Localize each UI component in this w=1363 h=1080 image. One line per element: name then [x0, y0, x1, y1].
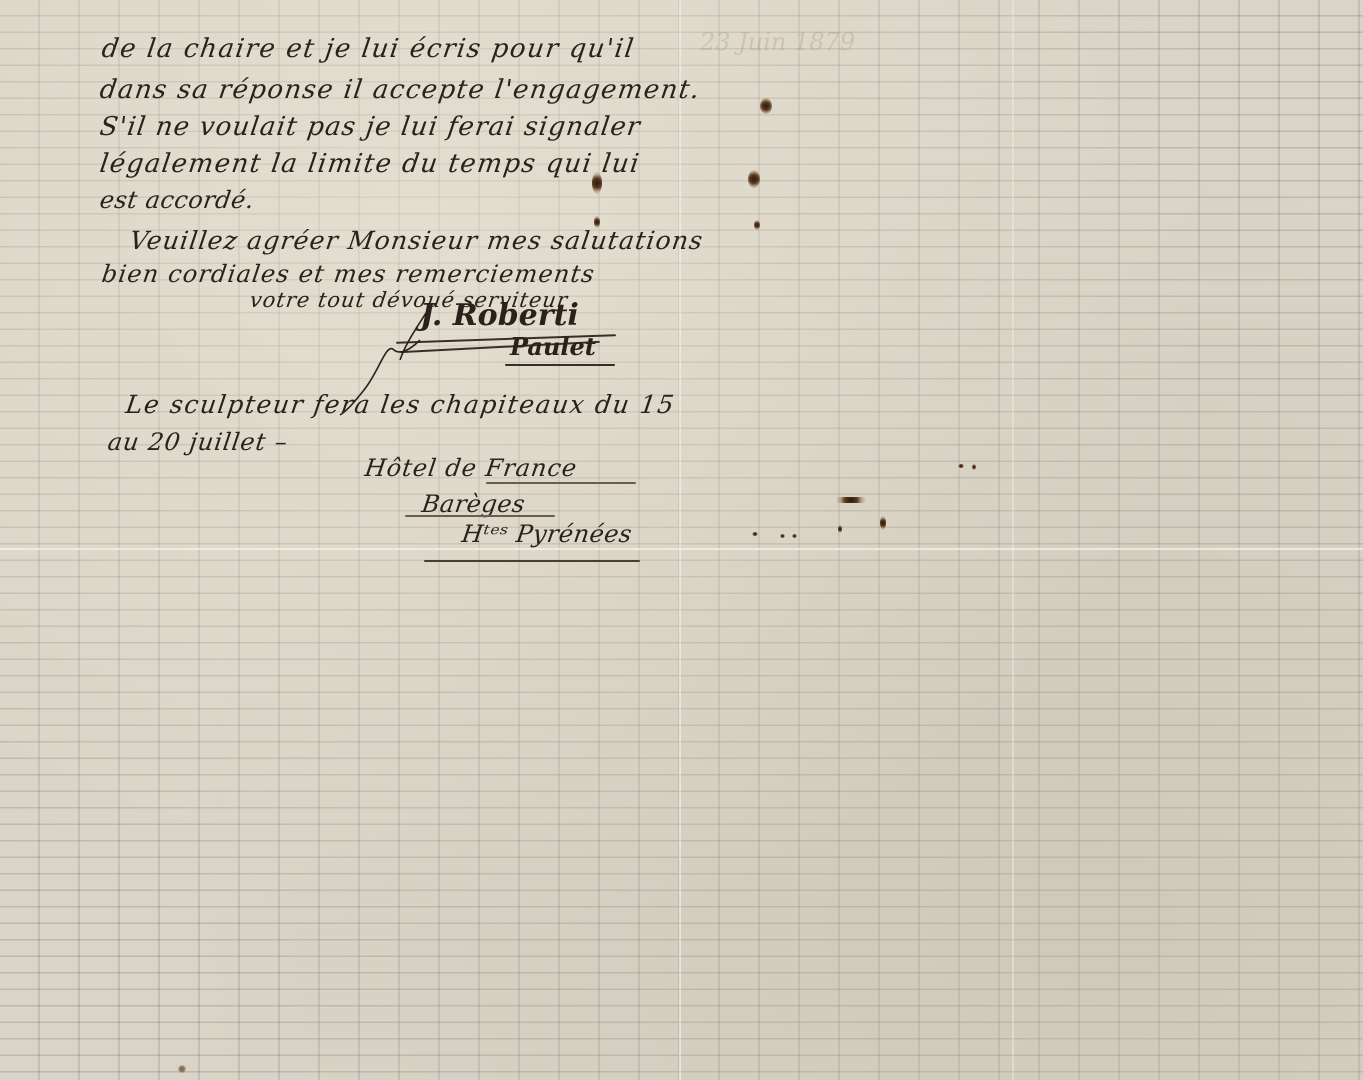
- postscript-line-2: au 20 juillet –: [106, 428, 290, 456]
- address-underline-2: [405, 515, 555, 517]
- ink-stain: [958, 464, 964, 468]
- ink-stain: [592, 172, 602, 194]
- closing-line-1: Veuillez agréer Monsieur mes salutations: [128, 226, 705, 255]
- ink-stain: [972, 464, 976, 470]
- ink-stain: [748, 170, 760, 188]
- ink-stain: [178, 1065, 186, 1073]
- postscript-line-1: Le sculpteur fera les chapiteaux du 15: [124, 390, 677, 419]
- address-town: Barèges: [420, 490, 527, 518]
- body-line-1: de la chaire et je lui écris pour qu'il: [100, 34, 637, 64]
- body-line-2: dans sa réponse il accepte l'engagement.: [98, 75, 703, 105]
- signature-underline-3: [505, 364, 615, 366]
- ink-stain: [754, 220, 760, 230]
- ink-stain: [780, 534, 785, 538]
- address-underline-3: [424, 560, 640, 562]
- body-line-5: est accordé.: [98, 186, 256, 214]
- ink-stain: [760, 98, 772, 114]
- ink-stain: [792, 534, 797, 538]
- vertical-fold-line: [679, 0, 681, 1080]
- address-underline-1: [486, 482, 636, 484]
- ink-stain: [836, 497, 866, 503]
- bleed-through-text: 23 Juin 1879: [700, 28, 855, 56]
- address-region: Hᵗᵉˢ Pyrénées: [460, 520, 634, 548]
- horizontal-fold-line: [0, 548, 1363, 550]
- ink-stain: [880, 516, 886, 530]
- ink-stain: [838, 525, 842, 533]
- vertical-fold-line-secondary: [1012, 0, 1014, 1080]
- letter-page: 23 Juin 1879 de la chaire et je lui écri…: [0, 0, 1363, 1080]
- ink-stain: [594, 216, 600, 228]
- body-line-4: légalement la limite du temps qui lui: [98, 149, 642, 179]
- closing-line-2: bien cordiales et mes remerciements: [100, 260, 597, 288]
- body-line-3: S'il ne voulait pas je lui ferai signale…: [98, 112, 643, 142]
- signature-name: J. Roberti: [420, 298, 579, 333]
- address-hotel: Hôtel de France: [363, 454, 579, 482]
- signature-second: Paulet: [510, 332, 596, 361]
- ink-stain: [752, 532, 758, 536]
